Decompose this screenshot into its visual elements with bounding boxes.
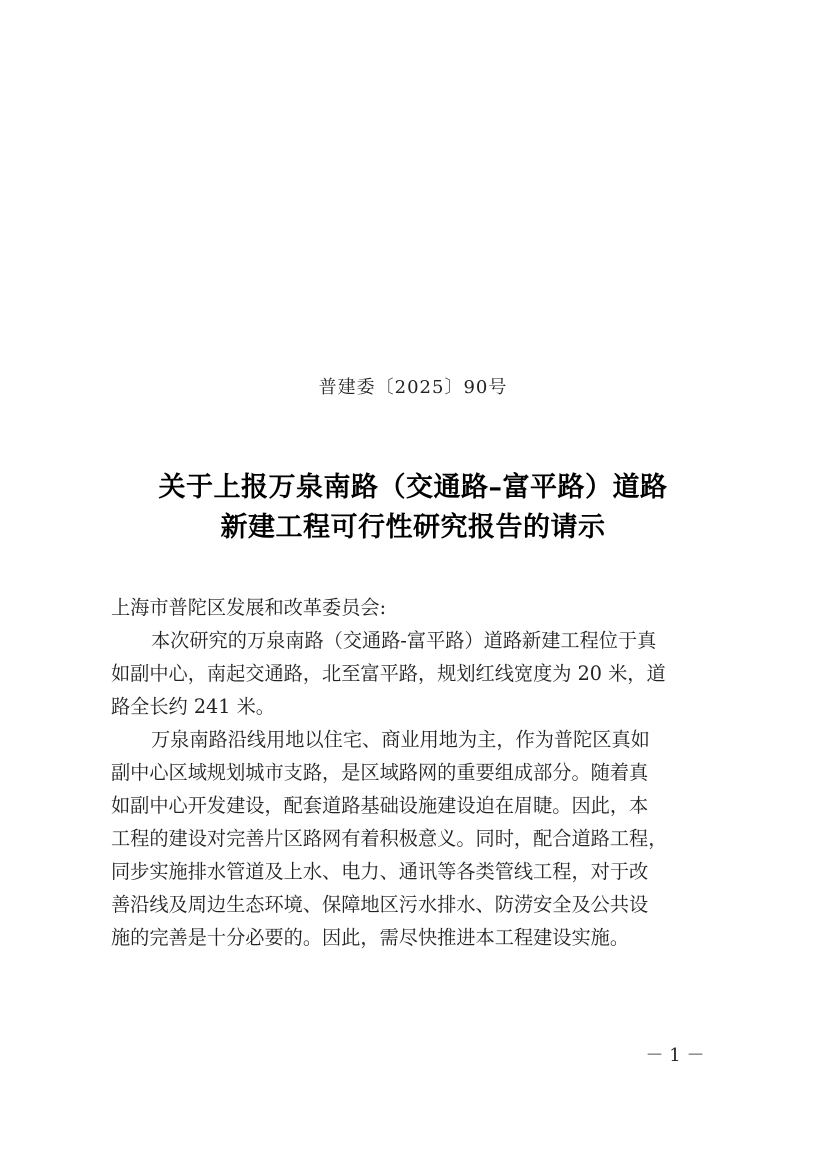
title-line: 新建工程可行性研究报告的请示 bbox=[0, 508, 826, 548]
paragraph-1-line: 路全长约 241 米。 bbox=[111, 690, 721, 723]
paragraph-2-line: 如副中心开发建设，配套道路基础设施建设迫在眉睫。因此，本 bbox=[111, 789, 721, 822]
salutation: 上海市普陀区发展和改革委员会: bbox=[111, 591, 721, 624]
document-body: 上海市普陀区发展和改革委员会: 本次研究的万泉南路（交通路-富平路）道路新建工程… bbox=[111, 591, 721, 954]
paragraph-2-line: 施的完善是十分必要的。因此，需尽快推进本工程建设实施。 bbox=[111, 921, 721, 954]
paragraph-2-line: 副中心区域规划城市支路，是区域路网的重要组成部分。随着真 bbox=[111, 756, 721, 789]
page-number: － 1 － bbox=[640, 1044, 710, 1068]
title-line: 关于上报万泉南路（交通路–富平路）道路 bbox=[0, 468, 826, 508]
paragraph-1-line: 如副中心，南起交通路，北至富平路，规划红线宽度为 20 米，道 bbox=[111, 657, 721, 690]
document-page: 普建委〔2025〕90号 关于上报万泉南路（交通路–富平路）道路 新建工程可行性… bbox=[0, 0, 826, 1169]
paragraph-1-line: 本次研究的万泉南路（交通路-富平路）道路新建工程位于真 bbox=[111, 624, 721, 657]
paragraph-2-line: 同步实施排水管道及上水、电力、通讯等各类管线工程，对于改 bbox=[111, 855, 721, 888]
paragraph-2-line: 万泉南路沿线用地以住宅、商业用地为主，作为普陀区真如 bbox=[111, 723, 721, 756]
paragraph-2-line: 工程的建设对完善片区路网有着积极意义。同时，配合道路工程， bbox=[111, 822, 721, 855]
document-title: 关于上报万泉南路（交通路–富平路）道路 新建工程可行性研究报告的请示 bbox=[0, 468, 826, 548]
paragraph-2-line: 善沿线及周边生态环境、保障地区污水排水、防涝安全及公共设 bbox=[111, 888, 721, 921]
document-number: 普建委〔2025〕90号 bbox=[0, 375, 826, 401]
